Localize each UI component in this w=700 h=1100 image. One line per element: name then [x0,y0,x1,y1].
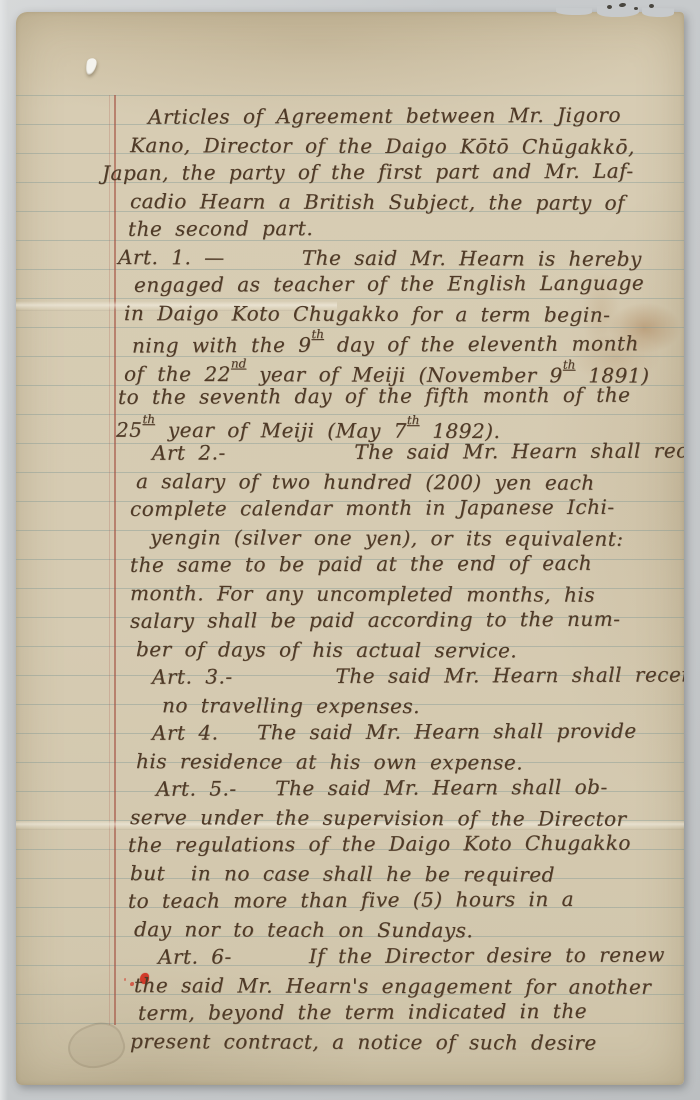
edge-speck [634,7,638,10]
manuscript-line: ning with the 9th day of the eleventh mo… [102,324,680,355]
manuscript-text: Articles of Agreement between Mr. Jigoro… [102,103,680,1055]
manuscript-line: Art. 6- If the Director desire to renew [102,940,680,971]
scanned-document-background: Articles of Agreement between Mr. Jigoro… [0,0,700,1100]
manuscript-line: Art. 5.- The said Mr. Hearn shall ob- [102,772,680,803]
manuscript-line: the second part. [102,212,680,243]
manuscript-line: the regulations of the Daigo Koto Chugak… [102,828,680,859]
manuscript-page: Articles of Agreement between Mr. Jigoro… [16,12,684,1085]
manuscript-line: Japan, the party of the first part and M… [102,156,680,187]
manuscript-line: to teach more than five (5) hours in a [102,884,680,915]
edge-speck [607,5,612,9]
manuscript-line: present contract, a notice of such desir… [102,1027,680,1057]
manuscript-line: term, beyond the term indicated in the [102,996,680,1027]
edge-speck [649,4,654,8]
manuscript-line: Art 2.- The said Mr. Hearn shall receive [102,436,680,467]
manuscript-line: the same to be paid at the end of each [102,548,680,579]
manuscript-line: Art. 3.- The said Mr. Hearn shall receiv… [102,660,680,691]
punch-hole-flaw [84,57,97,76]
manuscript-line: to the seventh day of the fifth month of… [102,380,680,411]
manuscript-line: engaged as teacher of the English Langua… [102,268,680,299]
manuscript-line: salary shall be paid according to the nu… [102,604,680,635]
manuscript-line: complete calendar month in Japanese Ichi… [102,492,680,523]
manuscript-line: Art 4. The said Mr. Hearn shall provide [102,716,680,747]
manuscript-line: Articles of Agreement between Mr. Jigoro [102,100,680,131]
